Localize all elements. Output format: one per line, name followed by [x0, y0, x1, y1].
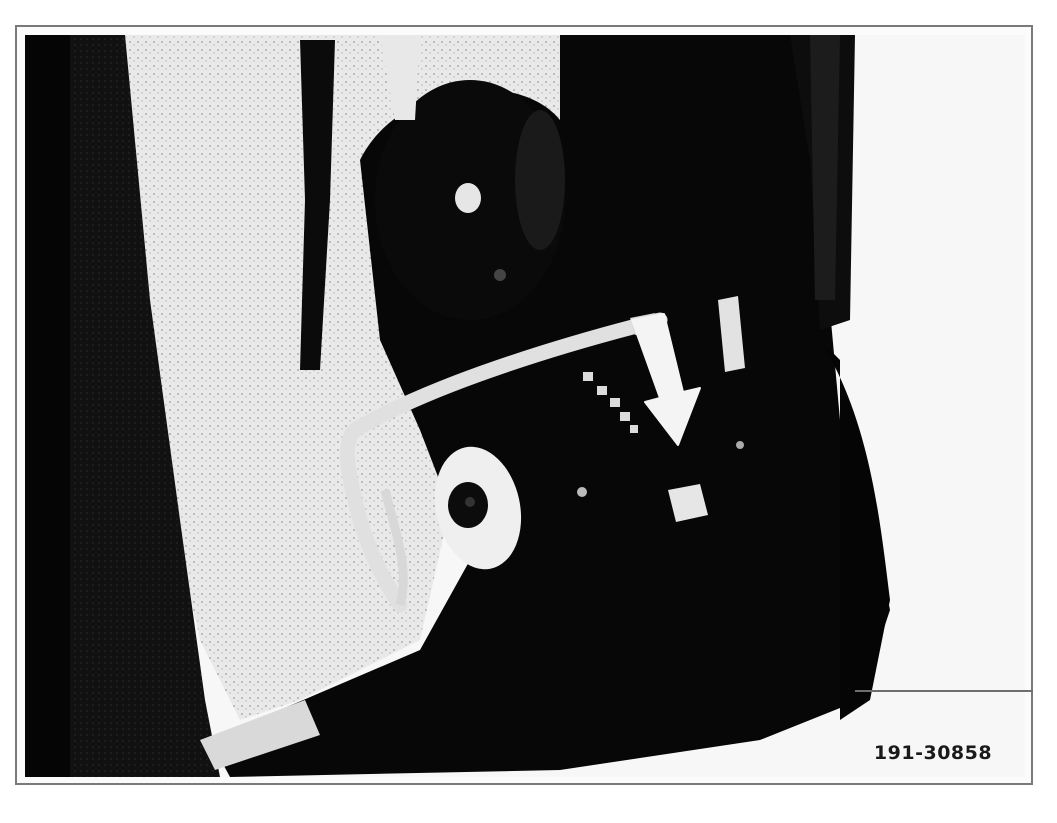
- caption-divider: [855, 690, 1033, 692]
- figure-number: 191-30858: [858, 742, 1008, 764]
- door-mechanism-photo: [0, 0, 1057, 823]
